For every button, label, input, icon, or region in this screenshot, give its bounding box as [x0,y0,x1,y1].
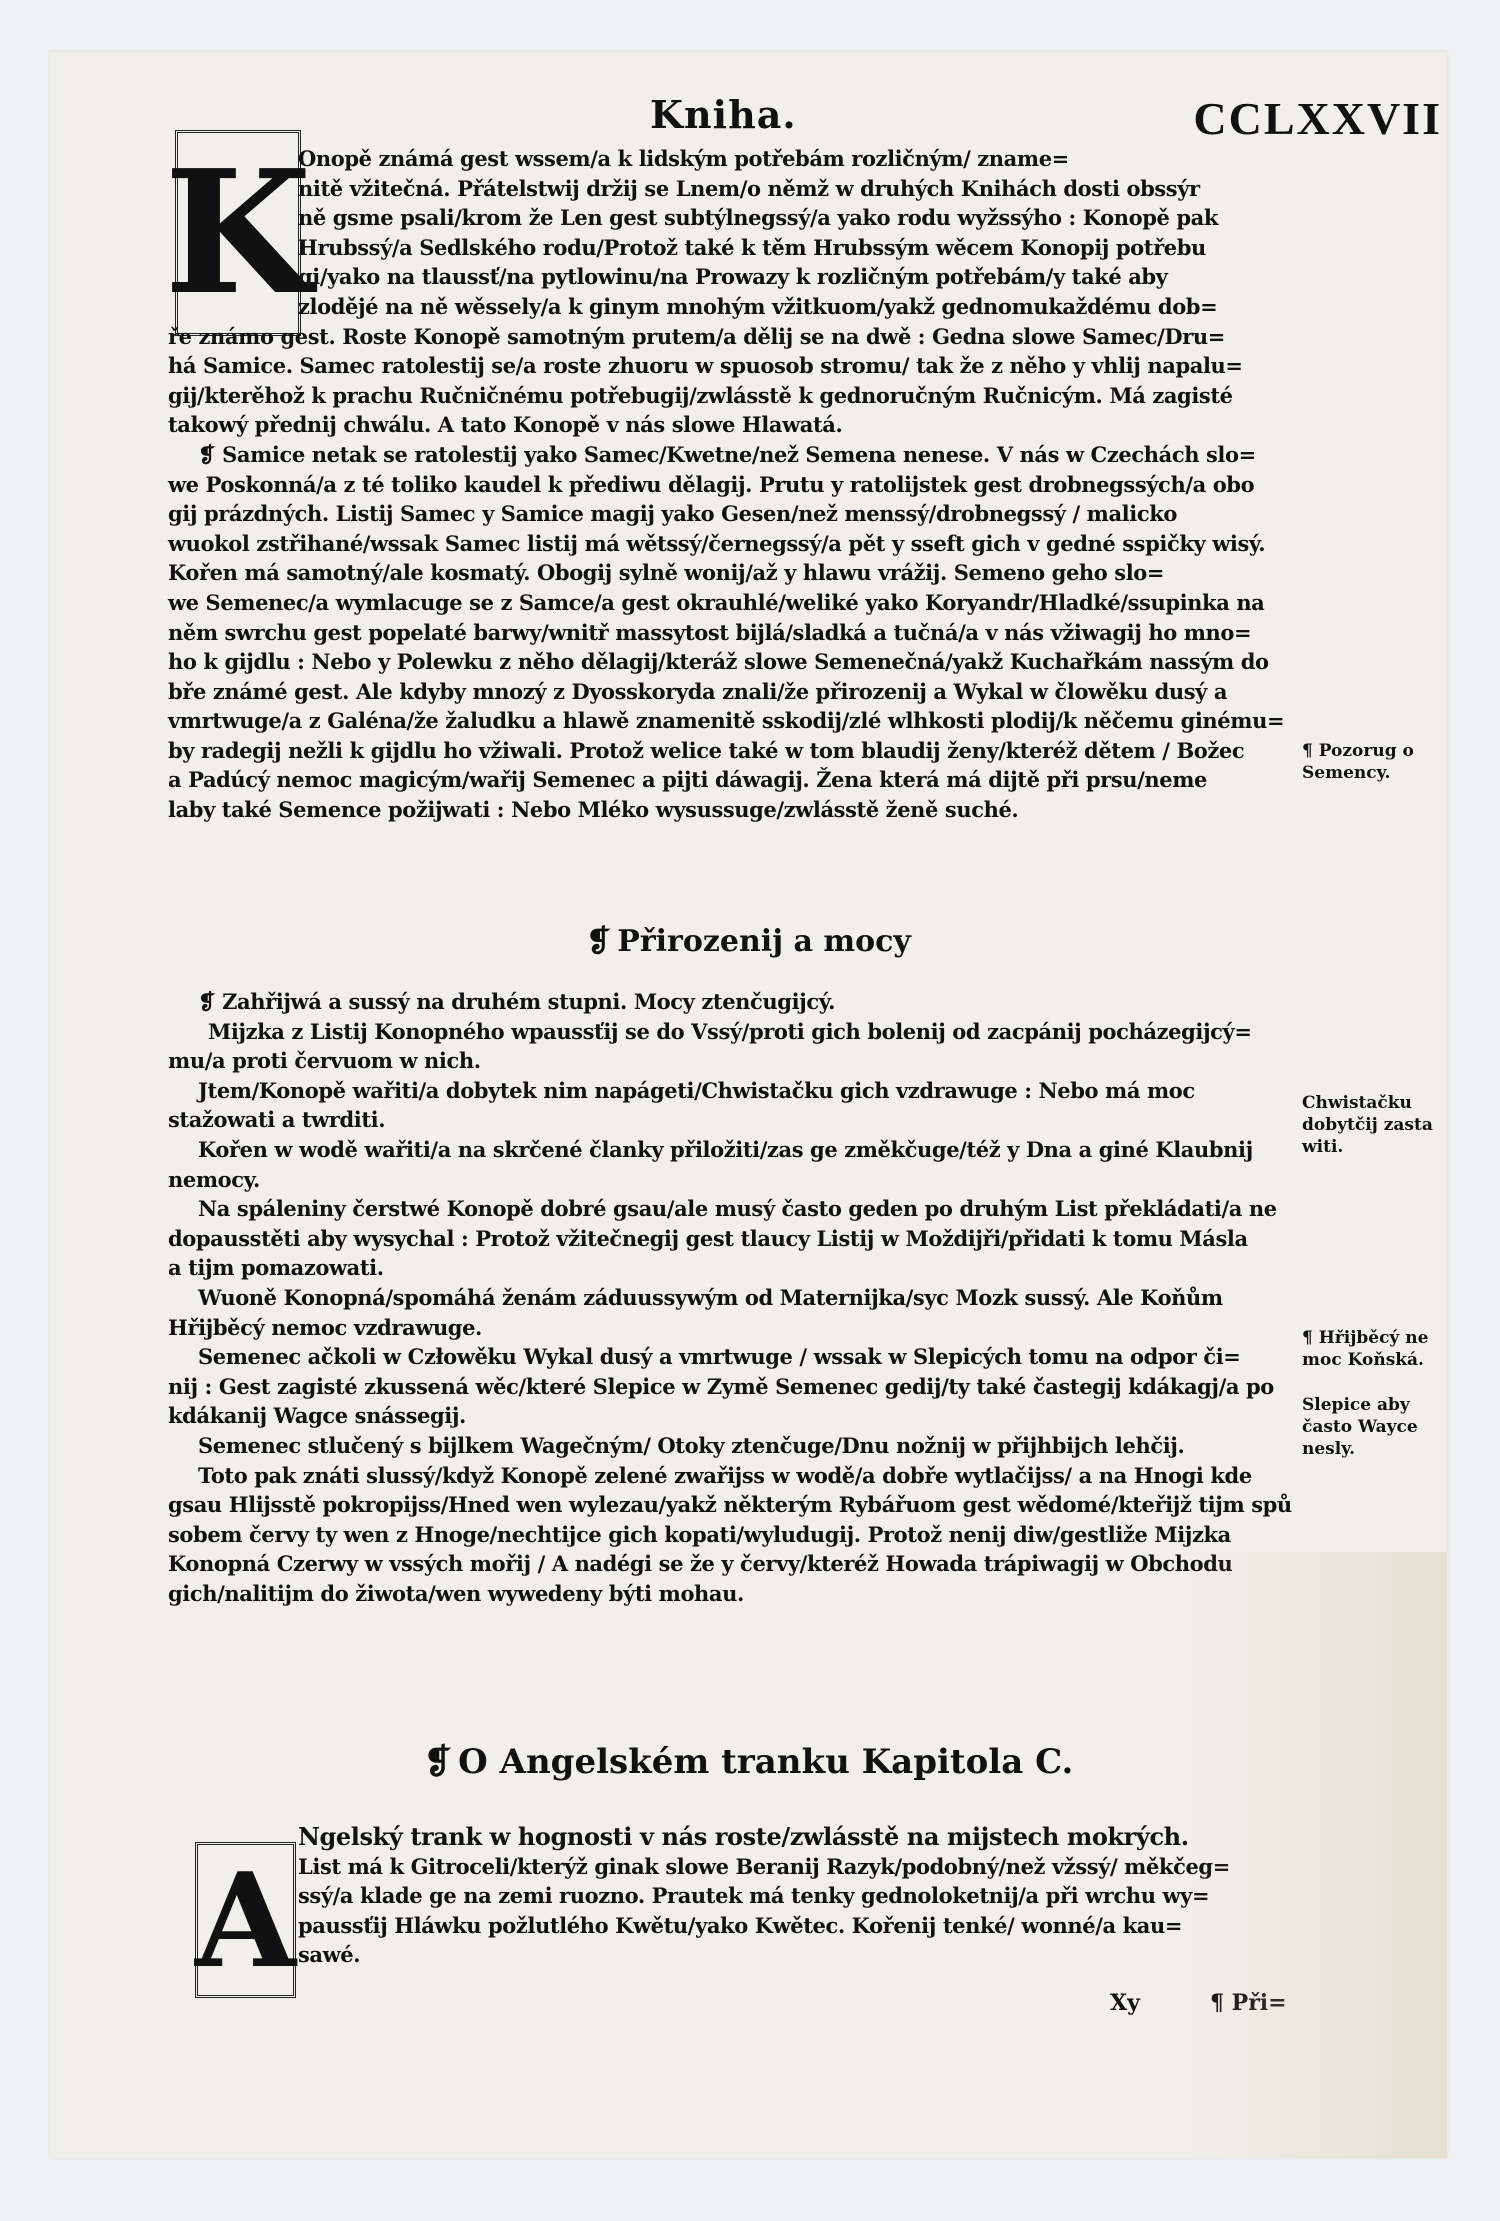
text-line: ❡ Zahřijwá a sussý na druhém stupni. Moc… [168,987,1358,1017]
text-line: há Samice. Samec ratolestij se/a roste z… [168,351,1358,381]
text-line: gich/nalitijm do žiwota/wen wywedeny být… [168,1579,1358,1609]
section-heading-nature-and-powers: ❡Přirozenij a mocy [50,924,1447,959]
signature-mark: Xy [1110,1990,1140,2016]
text-line: mu/a proti červuom w nich. [168,1046,1358,1076]
folio-number: CCLXXVII [1193,92,1442,145]
text-line: zlodějé na ně wěssely/a k ginym mnohým v… [168,292,1358,322]
text-line: sobem červy ty wen z Hnoge/nechtijce gic… [168,1520,1358,1550]
text-line: nij : Gest zagisté zkussená wěc/které Sl… [168,1372,1358,1402]
text-line: Hrubssý/a Sedlského rodu/Protož také k t… [168,233,1358,263]
text-line: bře známé gest. Ale kdyby mnozý z Dyossk… [168,677,1358,707]
text-line: Kořen má samotný/ale kosmatý. Obogij syl… [168,558,1358,588]
text-line: Ngelský trank w hognosti v nás roste/zwl… [168,1822,1358,1852]
text-line: wuokol zstřihané/wssak Samec listij má w… [168,529,1358,559]
text-line: nitě vžitečná. Přátelstwij držij se Lnem… [168,174,1358,204]
text-line: ře známo gest. Roste Konopě samotným pru… [168,322,1358,352]
text-line: Semenec stlučený s bijlkem Wagečným/ Oto… [168,1431,1358,1461]
text-line: Jtem/Konopě wařiti/a dobytek nim napáget… [168,1076,1358,1106]
book-page: Kniha. CCLXXVII K Onopě známá gest wssem… [50,52,1447,2158]
text-line: laby také Semence požijwati : Nebo Mléko… [168,795,1358,825]
paragraph-mark-icon: ❡ [198,989,222,1014]
margin-note-hens: Slepice aby často Wayce nesly. [1302,1394,1442,1460]
text-line: we Semenec/a wymlacuge se z Samce/a gest… [168,588,1358,618]
pilcrow-icon: ❡ [424,1742,453,1782]
chapter-heading: ❡O Angelském tranku Kapitola C. [50,1742,1447,1782]
text-line: Wuoně Konopná/spomáhá ženám záduussywým … [168,1283,1358,1313]
catchword: ¶ Při= [1210,1990,1287,2016]
text-line: Na spáleniny čerstwé Konopě dobré gsau/a… [168,1194,1358,1224]
text-line: Konopná Czerwy w vssých mořij / A nadégi… [168,1549,1358,1579]
text-line: we Poskonná/a z té toliko kaudel k předi… [168,470,1358,500]
text-line: vmrtwuge/a z Galéna/že žaludku a hlawě z… [168,706,1358,736]
section-nature-and-powers: ❡ Zahřijwá a sussý na druhém stupni. Moc… [168,987,1358,1608]
text-line: gij prázdných. Listij Samec y Samice mag… [168,499,1358,529]
text-line: stažowati a twrditi. [168,1105,1358,1135]
text-line: a tijm pomazowati. [168,1253,1358,1283]
text-line: ně gsme psali/krom že Len gest subtýlneg… [168,203,1358,233]
text-line: dopausstěti aby wysychal : Protož vžiteč… [168,1224,1358,1254]
margin-note-seeds: ¶ Pozorug o Semency. [1302,740,1442,784]
section-hemp-description: Onopě známá gest wssem/a k lidským potře… [168,144,1358,825]
paragraph-mark-icon: ❡ [198,442,222,467]
text-line: Onopě známá gest wssem/a k lidským potře… [168,144,1358,174]
margin-note-horses: ¶ Hřijběcý ne moc Koňská. [1302,1327,1442,1371]
text-line: nemocy. [168,1165,1358,1195]
text-line: sawé. [168,1940,1358,1970]
text-line: gi/yako na tlaussť/na pytlowinu/na Prowa… [168,262,1358,292]
text-line: Semenec ačkoli w Człowěku Wykal dusý a v… [168,1342,1358,1372]
text-line: Hřijběcý nemoc vzdrawuge. [168,1313,1358,1343]
text-line: ssý/a klade ge na zemi ruozno. Prautek m… [168,1881,1358,1911]
text-line: Toto pak znáti slussý/když Konopě zelené… [168,1461,1358,1491]
text-line: paussťij Hláwku požlutlého Kwětu/yako Kw… [168,1911,1358,1941]
text-line: takowý přednij chwálu. A tato Konopě v n… [168,410,1358,440]
text-line: a Padúcý nemoc magicým/wařij Semenec a p… [168,765,1358,795]
text-line: by radegij nežli k gijdlu ho vžiwali. Pr… [168,736,1358,766]
text-line: něm swrchu gest popelaté barwy/wnitř mas… [168,618,1358,648]
text-line: Mijzka z Listij Konopného wpaussťij se d… [168,1017,1358,1047]
text-line: gsau Hlijsstě pokropijss/Hned wen wyleza… [168,1490,1358,1520]
text-line: gij/kterěhož k prachu Ručničnému potřebu… [168,381,1358,411]
text-line: kdákanij Wagce snássegij. [168,1401,1358,1431]
text-line: ❡ Samice netak se ratolestij yako Samec/… [168,440,1358,470]
running-head: Kniha. [650,92,797,137]
text-line: List má k Gitroceli/kterýž ginak slowe B… [168,1852,1358,1882]
section-angelica: Ngelský trank w hognosti v nás roste/zwl… [168,1822,1358,1970]
pilcrow-icon: ❡ [586,924,611,959]
text-line: ho k gijdlu : Nebo y Polewku z něho děla… [168,647,1358,677]
margin-note-cattle: Chwistačku dobytčij zasta witi. [1302,1092,1442,1158]
text-line: Kořen w wodě wařiti/a na skrčené članky … [168,1135,1358,1165]
